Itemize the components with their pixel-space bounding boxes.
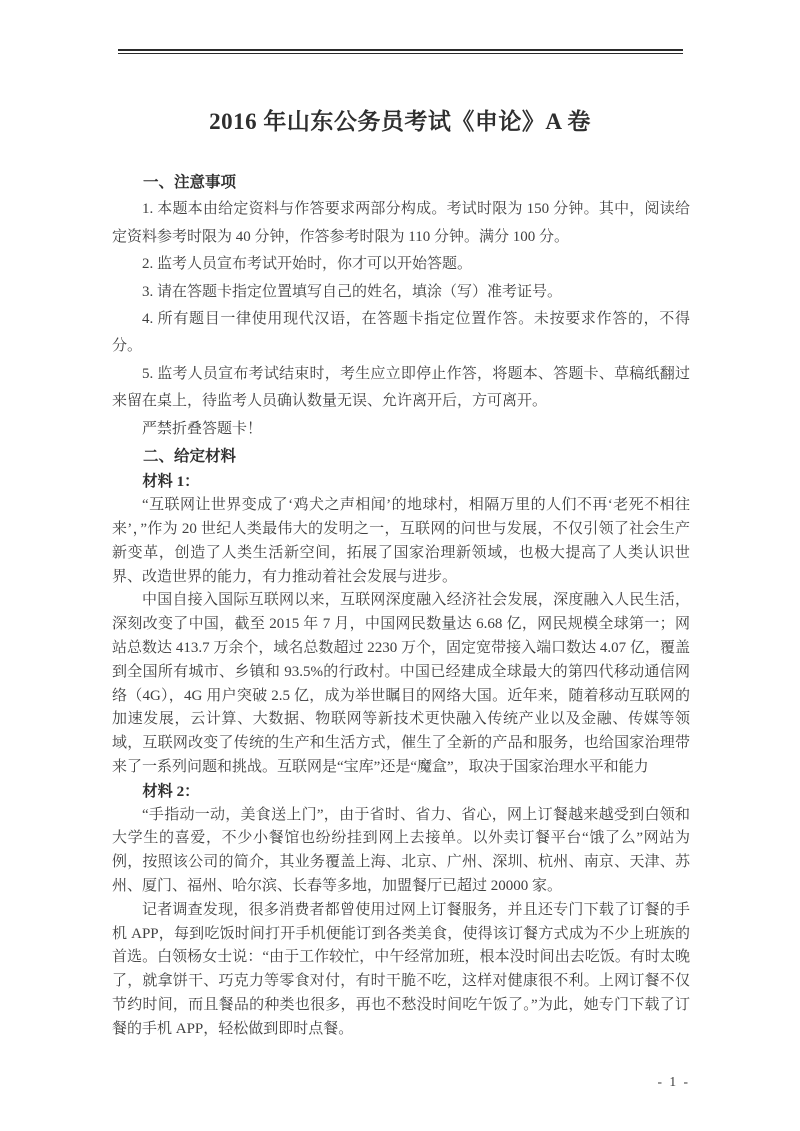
materials-section: 材料 1： “互联网让世界变成了‘鸡犬之声相闻’的地球村，相隔万里的人们不再‘老… xyxy=(112,470,690,1041)
document-title: 2016 年山东公务员考试《申论》A 卷 xyxy=(0,103,800,136)
materials-section-heading: 二、给定材料 xyxy=(112,443,690,470)
material-1-label: 材料 1： xyxy=(112,470,690,494)
notice-item-2: 2. 监考人员宣布考试开始时，你才可以开始答题。 xyxy=(112,251,690,278)
notice-section-heading: 一、注意事项 xyxy=(112,169,690,196)
document-body: 一、注意事项 1. 本题本由给定资料与作答要求两部分构成。考试时限为 150 分… xyxy=(112,169,690,1042)
notice-item-3: 3. 请在答题卡指定位置填写自己的姓名，填涂（写）准考证号。 xyxy=(112,279,690,306)
material-2-paragraph-2: 记者调查发现，很多消费者都曾使用过网上订餐服务，并且还专门下载了订餐的手机 AP… xyxy=(112,899,690,1042)
notice-item-4: 4. 所有题目一律使用现代汉语，在答题卡指定位置作答。未按要求作答的，不得分。 xyxy=(112,306,690,361)
material-2-paragraph-1: “手指动一动，美食送上门”，由于省时、省力、省心，网上订餐越来越受到白领和大学生… xyxy=(112,804,690,899)
exam-paper-page: 2016 年山东公务员考试《申论》A 卷 一、注意事项 1. 本题本由给定资料与… xyxy=(0,0,800,1131)
material-1-paragraph-1: “互联网让世界变成了‘鸡犬之声相闻’的地球村，相隔万里的人们不再‘老死不相往来’… xyxy=(112,494,690,589)
notice-section: 一、注意事项 1. 本题本由给定资料与作答要求两部分构成。考试时限为 150 分… xyxy=(112,169,690,470)
notice-item-1: 1. 本题本由给定资料与作答要求两部分构成。考试时限为 150 分钟。其中，阅读… xyxy=(112,196,690,251)
header-double-rule xyxy=(118,49,683,54)
page-number: - 1 - xyxy=(658,1074,691,1090)
fold-warning-text: 严禁折叠答题卡！ xyxy=(112,416,690,443)
material-2-label: 材料 2： xyxy=(112,780,690,804)
material-1-paragraph-2: 中国自接入国际互联网以来，互联网深度融入经济社会发展，深度融入人民生活，深刻改变… xyxy=(112,589,690,779)
notice-item-5: 5. 监考人员宣布考试结束时，考生应立即停止作答，将题本、答题卡、草稿纸翻过来留… xyxy=(112,361,690,416)
